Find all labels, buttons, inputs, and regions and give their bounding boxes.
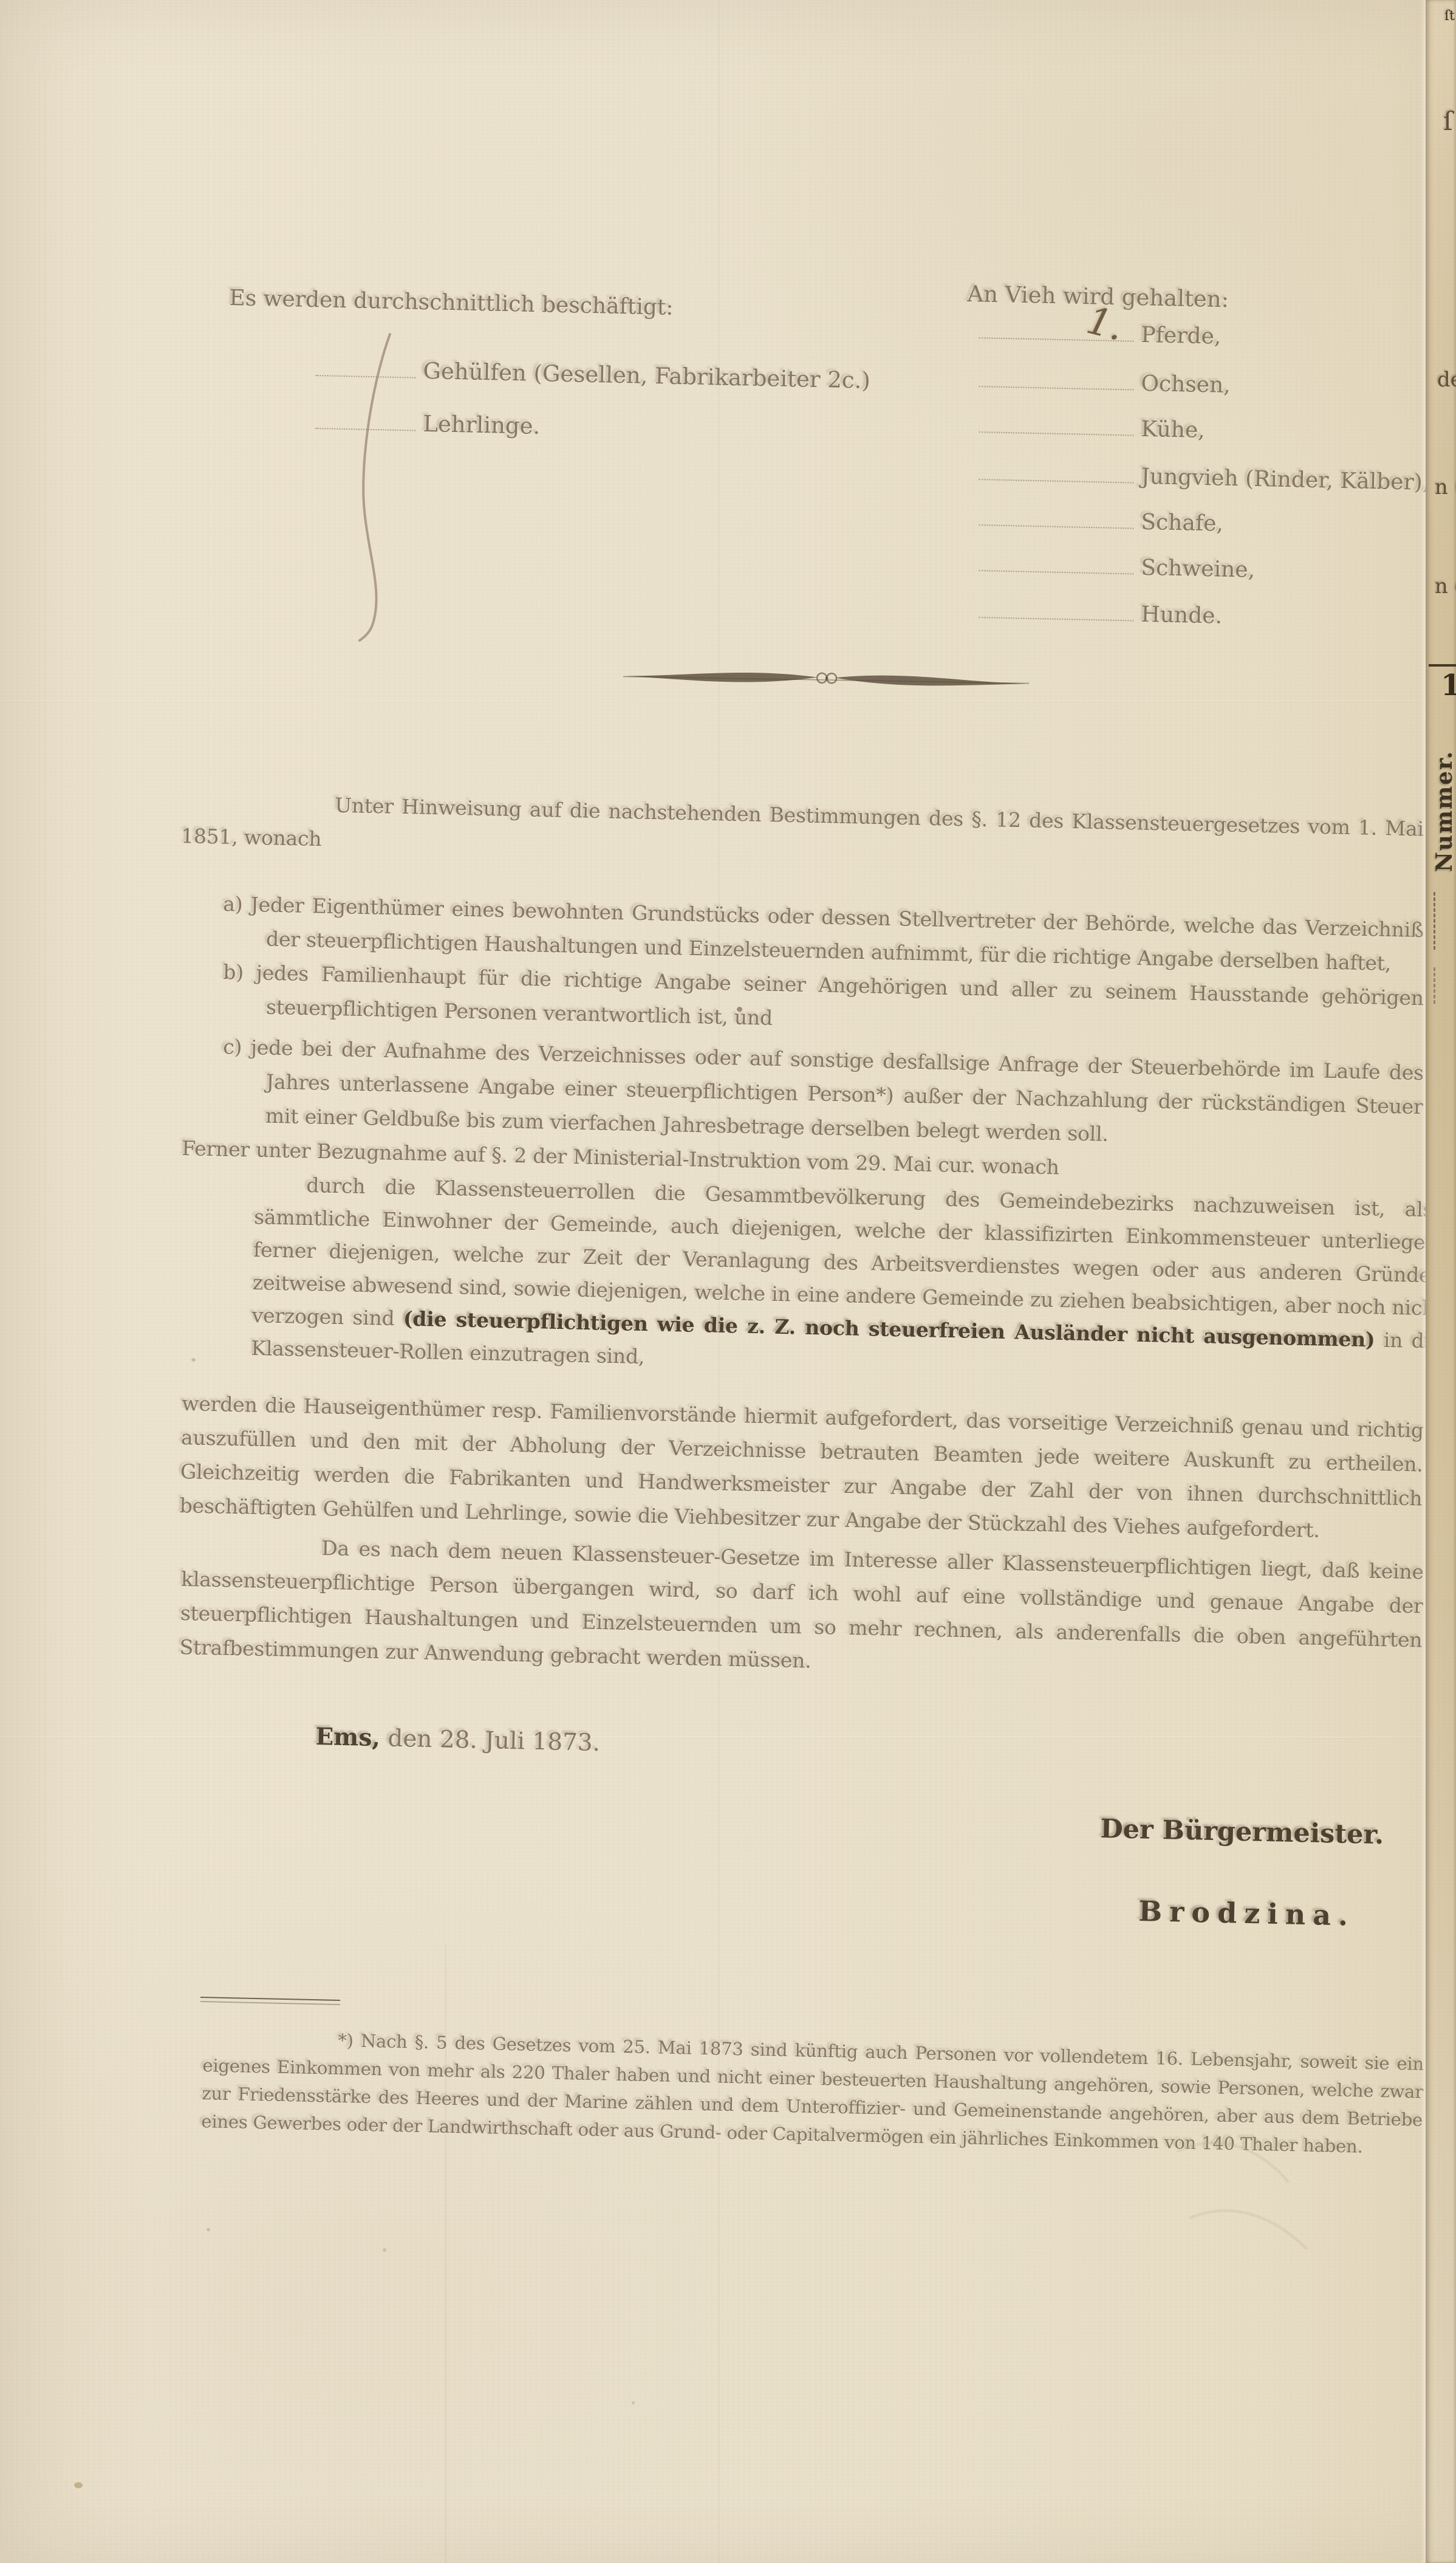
list-item-marker: b) <box>223 960 244 984</box>
divider-ornament <box>620 661 1033 700</box>
paper-crease-horizontal <box>0 700 1421 701</box>
employment-row-label: Lehrlinge. <box>423 411 541 439</box>
livestock-row-ochsen: Ochsen, <box>979 368 1231 398</box>
livestock-row-label: Schweine, <box>1141 555 1255 583</box>
dateline-place: Ems, <box>315 1723 381 1752</box>
fill-in-blank-line[interactable] <box>979 368 1134 391</box>
livestock-row-schafe: Schafe, <box>979 506 1223 537</box>
employment-row-label: Gehülfen (Gesellen, Fabrikarbeiter 2c.) <box>423 358 870 394</box>
paper-speck <box>632 2401 635 2404</box>
edge-table-rule <box>1429 664 1456 667</box>
livestock-row-label: Pferde, <box>1141 323 1222 349</box>
livestock-row-schweine: Schweine, <box>979 552 1255 583</box>
livestock-row-hunde: Hunde. <box>979 599 1222 629</box>
list-item-text: jede bei der Aufnahme des Verzeichnisses… <box>250 1035 1424 1146</box>
dateline-rest: den 28. Juli 1873. <box>380 1724 601 1757</box>
fill-in-blank-line[interactable] <box>979 552 1134 575</box>
closing-paragraph: Da es nach dem neuen Klassensteuer-Geset… <box>179 1528 1424 1692</box>
scanned-document-page: Es werden durchschnittlich beschäftigt: … <box>0 0 1456 2563</box>
employment-row-lehrlinge: Lehrlinge. <box>315 408 541 439</box>
footnote-rule <box>200 1997 340 2005</box>
livestock-row-label: Schafe, <box>1141 510 1223 537</box>
signature-title: Der Bürgermeister. <box>1100 1814 1384 1850</box>
paper-crease-horizontal <box>0 1737 1421 1738</box>
edge-text-fragment: ſt <box>1444 9 1455 24</box>
fill-in-blank-line[interactable] <box>979 599 1134 622</box>
edge-dashed-rule <box>1434 967 1435 1004</box>
signature-name: Brodzina. <box>1138 1895 1356 1932</box>
paper-speck <box>207 2228 210 2231</box>
edge-text-fragment: n ( <box>1435 475 1456 499</box>
fill-in-blank-line[interactable] <box>979 461 1134 484</box>
livestock-row-label: Kühe, <box>1141 417 1205 443</box>
pencil-smudges <box>1166 2127 1324 2260</box>
edge-text-fragment: n c <box>1435 574 1456 599</box>
livestock-row-jungvieh: Jungvieh (Rinder, Kälber), <box>979 461 1430 495</box>
indented-block: durch die Klassensteuerrollen die Gesamm… <box>251 1168 1446 1391</box>
paper-speck <box>383 2248 386 2252</box>
fill-in-blank-line[interactable] <box>979 506 1134 529</box>
edge-text-fragment: de <box>1437 368 1456 392</box>
request-paragraph: werden die Hauseigenthümer resp. Familie… <box>179 1387 1424 1550</box>
fill-in-blank-line[interactable] <box>979 413 1134 436</box>
edge-number: 1 <box>1441 668 1456 702</box>
paper-speck <box>191 1358 196 1362</box>
list-item-marker: a) <box>223 892 243 916</box>
employment-heading: Es werden durchschnittlich beschäftigt: <box>229 286 674 320</box>
paper-stain <box>74 2482 83 2488</box>
edge-text-fragment: ſ <box>1443 106 1453 136</box>
handwritten-brace <box>351 329 406 645</box>
intro-paragraph: Unter Hinweisung auf die nachstehenden B… <box>181 785 1424 880</box>
livestock-row-label: Jungvieh (Rinder, Kälber), <box>1141 464 1430 495</box>
livestock-row-label: Hunde. <box>1141 602 1222 629</box>
livestock-row-label: Ochsen, <box>1141 371 1231 398</box>
list-item-marker: c) <box>223 1035 242 1059</box>
page-fold-highlight <box>1420 0 1426 2563</box>
livestock-row-kuehe: Kühe, <box>979 413 1205 443</box>
dateline: Ems, den 28. Juli 1873. <box>315 1723 601 1757</box>
edge-vertical-label-nummer: Nummer. <box>1432 769 1454 872</box>
edge-dashed-rule <box>1434 892 1435 950</box>
